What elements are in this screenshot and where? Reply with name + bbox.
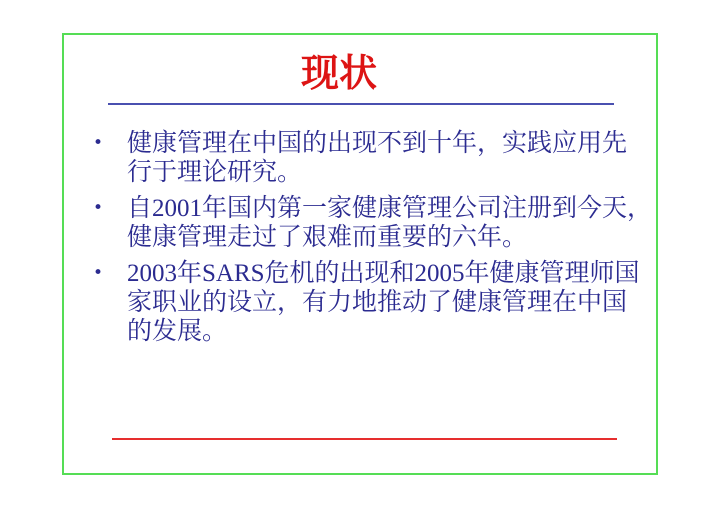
bullet-item: • 2003年SARS危机的出现和2005年健康管理师国 家职业的设立，有力地推… [64, 259, 656, 346]
bullet-text: 2003年SARS危机的出现和2005年健康管理师国 家职业的设立，有力地推动了… [127, 260, 640, 345]
footer-rule [112, 438, 617, 440]
bullet-text: 健康管理在中国的出现不到十年，实践应用先 行于理论研究。 [127, 130, 627, 186]
title-underline-rule [108, 103, 614, 105]
bullet-item: • 健康管理在中国的出现不到十年，实践应用先 行于理论研究。 [64, 129, 656, 187]
bullet-marker: • [93, 129, 103, 158]
bullet-marker: • [93, 194, 103, 223]
bullet-item: • 自2001年国内第一家健康管理公司注册到今天， 健康管理走过了艰难而重要的六… [64, 194, 656, 252]
bullet-list: • 健康管理在中国的出现不到十年，实践应用先 行于理论研究。 • 自2001年国… [64, 129, 656, 353]
slide-title: 现状 [43, 54, 635, 94]
bullet-text: 自2001年国内第一家健康管理公司注册到今天， 健康管理走过了艰难而重要的六年。 [127, 195, 652, 251]
slide-frame: 现状 • 健康管理在中国的出现不到十年，实践应用先 行于理论研究。 • 自200… [62, 33, 658, 475]
bullet-marker: • [93, 259, 103, 288]
